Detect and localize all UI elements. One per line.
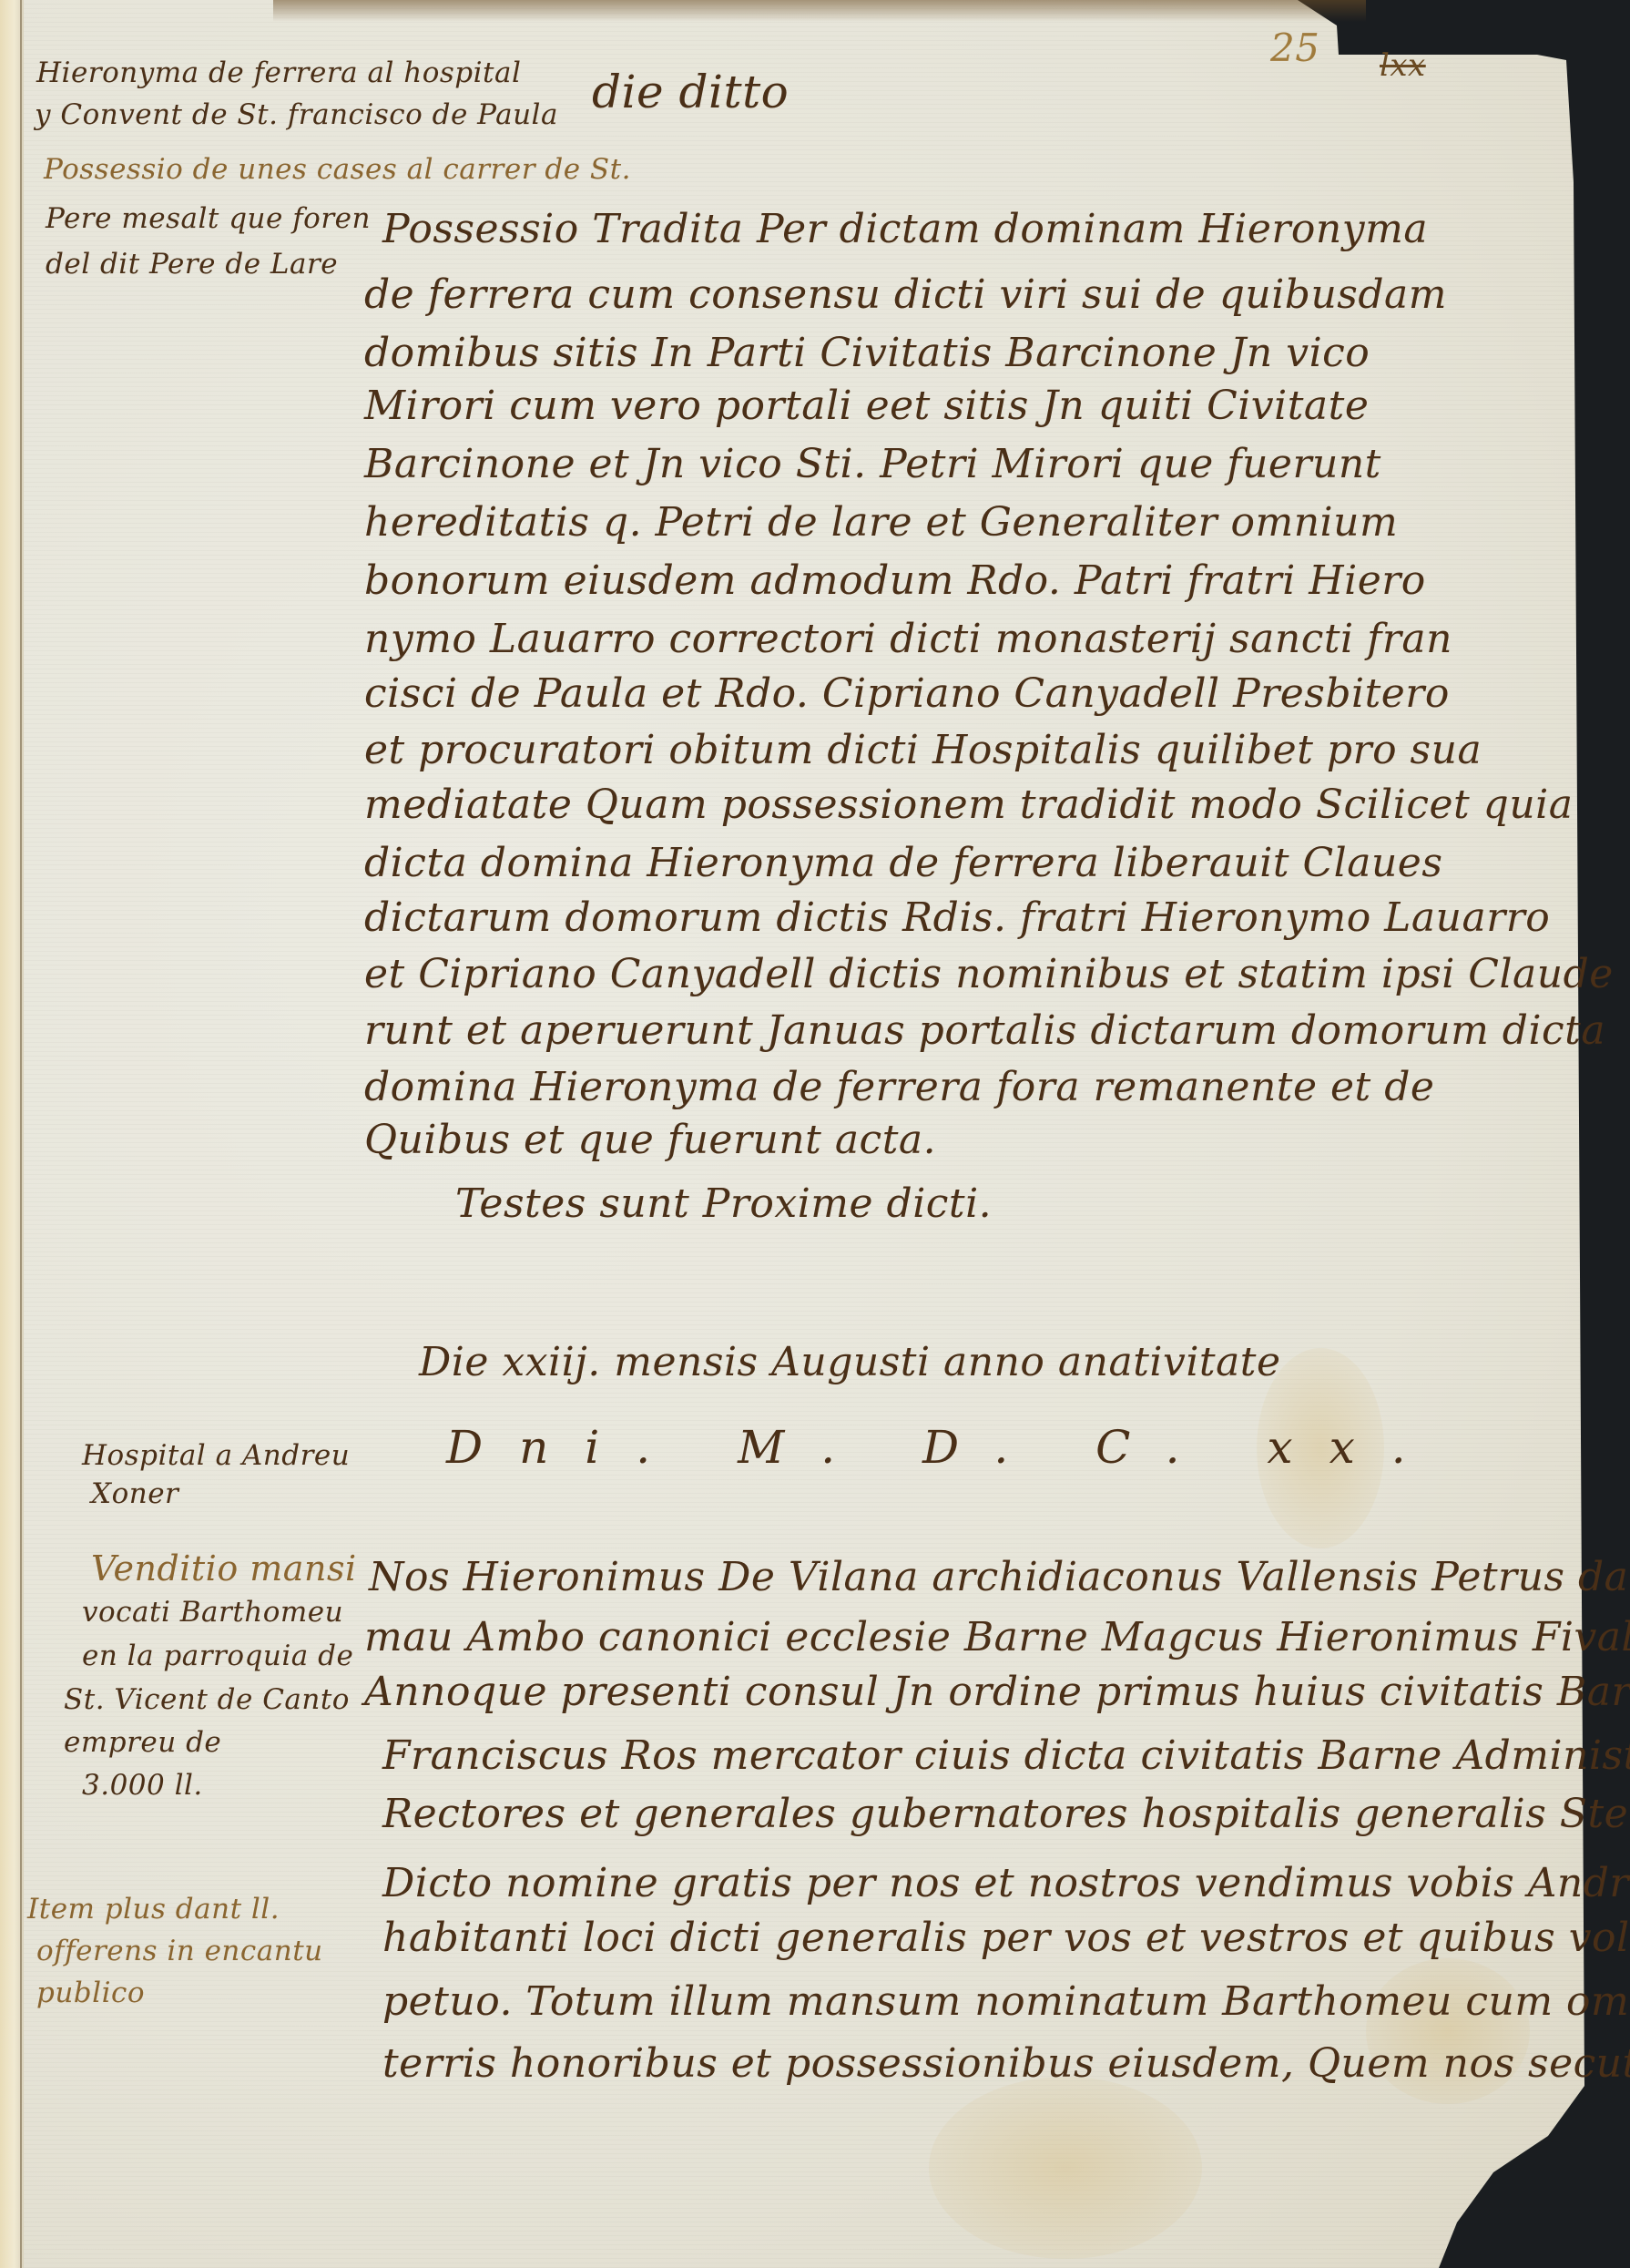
entry-1-line: cisci de Paula et Rdo. Cipriano Canyadel… xyxy=(364,670,1450,717)
entry-1-line: Mirori cum vero portali eet sitis Jn qui… xyxy=(364,383,1369,429)
margin-note: Hieronyma de ferrera al hospital xyxy=(36,56,521,89)
margin-note: vocati Barthomeu xyxy=(82,1596,343,1629)
folio-number: 25 xyxy=(1270,26,1319,70)
entry-2-line: mau Ambo canonici ecclesie Barne Magcus … xyxy=(364,1614,1630,1660)
manuscript-page: 25 lxx Hieronyma de ferrera al hospital … xyxy=(0,0,1630,2268)
margin-note: del dit Pere de Lare xyxy=(46,248,338,281)
entry-1-line: nymo Lauarro correctori dicti monasterij… xyxy=(364,616,1452,662)
margin-note: empreu de xyxy=(64,1726,221,1759)
entry-1-line: et procuratori obitum dicti Hospitalis q… xyxy=(364,727,1482,773)
entry-1-closing: Testes sunt Proxime dicti. xyxy=(455,1180,992,1227)
entry-1-line: dictarum domorum dictis Rdis. fratri Hie… xyxy=(364,894,1550,941)
margin-note: Xoner xyxy=(91,1477,178,1510)
margin-note: 3.000 ll. xyxy=(82,1769,203,1802)
entry-1-line: Possessio Tradita Per dictam dominam Hie… xyxy=(382,206,1428,252)
binding-gutter-line xyxy=(20,0,22,2268)
margin-note: St. Vicent de Canto xyxy=(64,1683,350,1716)
margin-note: en la parroquia de xyxy=(82,1640,353,1672)
entry-1-line: bonorum eiusdem admodum Rdo. Patri fratr… xyxy=(364,557,1426,604)
entry-1-line: et Cipriano Canyadell dictis nominibus e… xyxy=(364,951,1614,997)
water-stain xyxy=(929,2077,1202,2259)
entry-2-line: petuo. Totum illum mansum nominatum Bart… xyxy=(382,1978,1630,2025)
entry-2-line: habitanti loci dicti generalis per vos e… xyxy=(382,1915,1630,1961)
entry-1-line: hereditatis q. Petri de lare et Generali… xyxy=(364,499,1398,546)
entry-1-line: dicta domina Hieronyma de ferrera libera… xyxy=(364,840,1442,886)
entry-2-line: terris honoribus et possessionibus eiusd… xyxy=(382,2040,1630,2087)
margin-note: Hospital a Andreu xyxy=(82,1439,350,1472)
entry-2-line: Annoque presenti consul Jn ordine primus… xyxy=(364,1669,1630,1715)
header-line: die ditto xyxy=(592,66,789,118)
entry-2-line: Nos Hieronimus De Vilana archidiaconus V… xyxy=(369,1554,1630,1600)
entry-1-line: Quibus et que fuerunt acta. xyxy=(364,1117,936,1163)
entry-1-line: Barcinone et Jn vico Sti. Petri Mirori q… xyxy=(364,441,1381,487)
margin-note: Item plus dant ll. xyxy=(27,1893,280,1926)
margin-note: Pere mesalt que foren xyxy=(46,202,371,235)
date-year: Dni. M. D. C. xx. xyxy=(446,1421,1442,1474)
entry-1-line: domina Hieronyma de ferrera fora remanen… xyxy=(364,1064,1434,1110)
entry-2-line: Franciscus Ros mercator ciuis dicta civi… xyxy=(382,1732,1630,1779)
margin-note: Possessio de unes cases al carrer de St. xyxy=(44,153,631,186)
entry-1-line: runt et aperuerunt Januas portalis dicta… xyxy=(364,1007,1605,1054)
margin-note: offerens in encantu xyxy=(36,1935,323,1967)
margin-note: Venditio mansi xyxy=(91,1548,357,1589)
top-edge-stain xyxy=(273,0,1366,22)
date-line: Die xxiij. mensis Augusti anno anativita… xyxy=(419,1339,1281,1385)
entry-2-line: Dicto nomine gratis per nos et nostros v… xyxy=(382,1860,1630,1906)
entry-1-line: mediatate Quam possessionem tradidit mod… xyxy=(364,782,1573,828)
entry-1-line: de ferrera cum consensu dicti viri sui d… xyxy=(364,271,1447,318)
margin-note: publico xyxy=(36,1977,145,2009)
margin-note: y Convent de St. francisco de Paula xyxy=(35,98,558,131)
entry-1-line: domibus sitis In Parti Civitatis Barcino… xyxy=(364,330,1370,376)
entry-2-line: Rectores et generales gubernatores hospi… xyxy=(382,1791,1630,1837)
old-folio-number: lxx xyxy=(1380,47,1426,84)
